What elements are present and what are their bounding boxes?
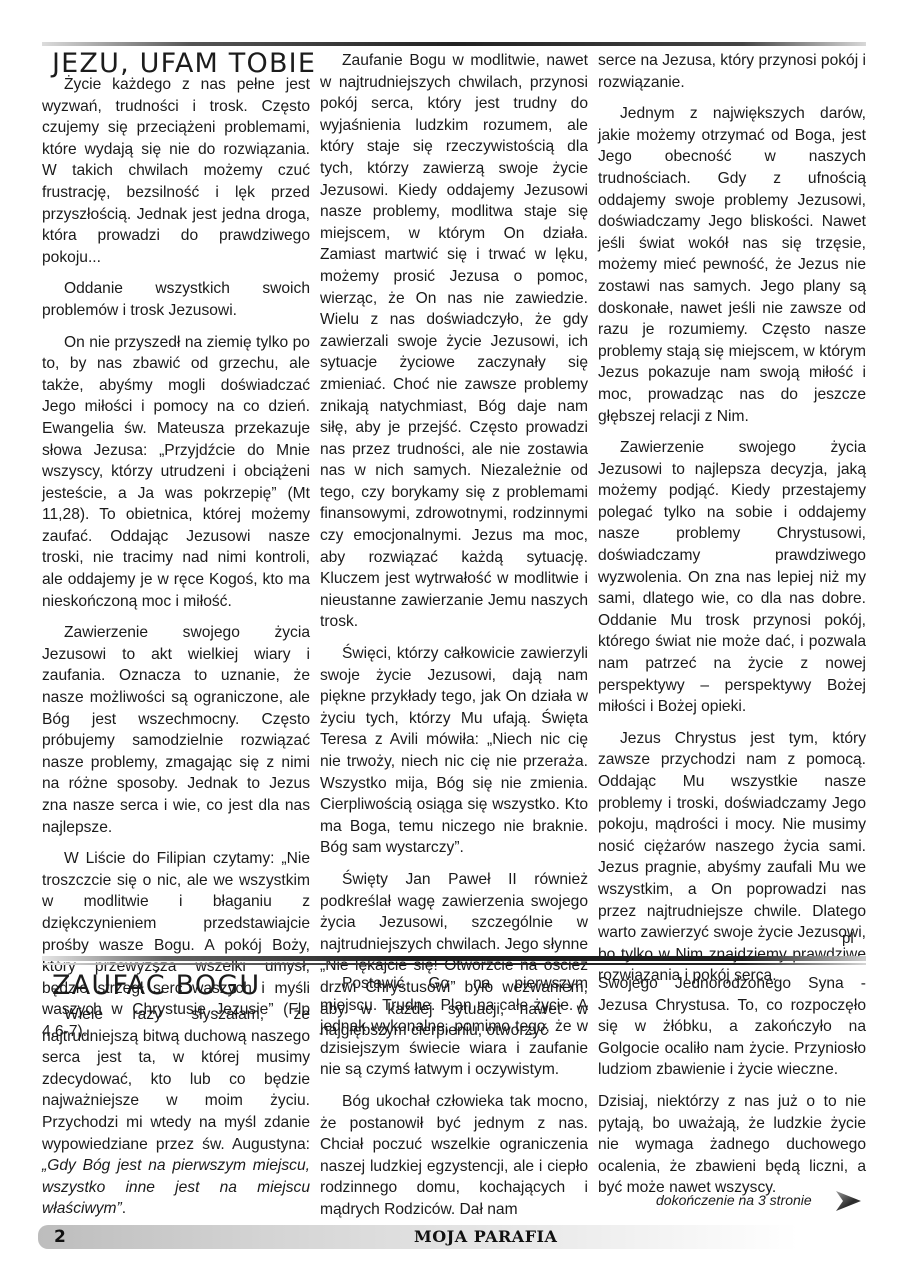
paragraph: Oddanie wszystkich swoich problemów i tr… xyxy=(42,278,310,321)
augustine-quote: „Gdy Bóg jest na pierwszym miejscu, wszy… xyxy=(42,1157,310,1217)
paragraph: Święci, którzy całkowicie zawierzyli swo… xyxy=(320,643,588,859)
article1-column-2: Zaufanie Bogu w modlitwie, nawet w najtr… xyxy=(320,50,588,1052)
article2-column-1: Wiele razy słyszałam, że najtrudniejszą … xyxy=(42,1004,310,1230)
paragraph: Swojego Jednorodzonego Syna - Jezusa Chr… xyxy=(598,973,866,1081)
paragraph: Życie każdego z nas pełne jest wyzwań, t… xyxy=(42,74,310,268)
paragraph: Wiele razy słyszałam, że najtrudniejszą … xyxy=(42,1004,310,1220)
top-divider-bar xyxy=(42,42,866,46)
section-divider-thick xyxy=(42,956,866,961)
article2-column-3: Swojego Jednorodzonego Syna - Jezusa Chr… xyxy=(598,973,866,1209)
article2-column-2: Postawić Go na pierwszym miejscu. Trudne… xyxy=(320,973,588,1231)
paragraph: On nie przyszedł na ziemię tylko po to, … xyxy=(42,332,310,613)
paragraph-text: Wiele razy słyszałam, że najtrudniejszą … xyxy=(42,1006,310,1153)
publication-name: MOJA PARAFIA xyxy=(414,1227,557,1246)
continuation-note[interactable]: dokończenie na 3 stronie xyxy=(656,1192,812,1208)
paragraph: Dzisiaj, niektórzy z nas już o to nie py… xyxy=(598,1091,866,1199)
paragraph-end: . xyxy=(122,1200,126,1217)
paragraph: Postawić Go na pierwszym miejscu. Trudne… xyxy=(320,973,588,1081)
paragraph: Zawierzenie swojego życia Jezusowi to ak… xyxy=(42,622,310,838)
article-title: ZAUFAĆ BOGU xyxy=(52,970,260,1001)
article1-column-1: Życie każdego z nas pełne jest wyzwań, t… xyxy=(42,74,310,1053)
page-number: 2 xyxy=(54,1227,66,1247)
paragraph: Jednym z największych darów, jakie możem… xyxy=(598,103,866,427)
paragraph: Bóg ukochał człowieka tak mocno, że post… xyxy=(320,1091,588,1221)
article1-column-3: serce na Jezusa, który przynosi pokój i … xyxy=(598,50,866,997)
author-signature: pl xyxy=(842,930,854,947)
paragraph: serce na Jezusa, który przynosi pokój i … xyxy=(598,50,866,93)
arrow-right-icon[interactable] xyxy=(834,1190,862,1212)
paragraph: Jezus Chrystus jest tym, który zawsze pr… xyxy=(598,728,866,987)
paragraph: Zawierzenie swojego życia Jezusowi to na… xyxy=(598,437,866,718)
paragraph: Zaufanie Bogu w modlitwie, nawet w najtr… xyxy=(320,50,588,633)
section-divider-thin xyxy=(42,963,866,965)
